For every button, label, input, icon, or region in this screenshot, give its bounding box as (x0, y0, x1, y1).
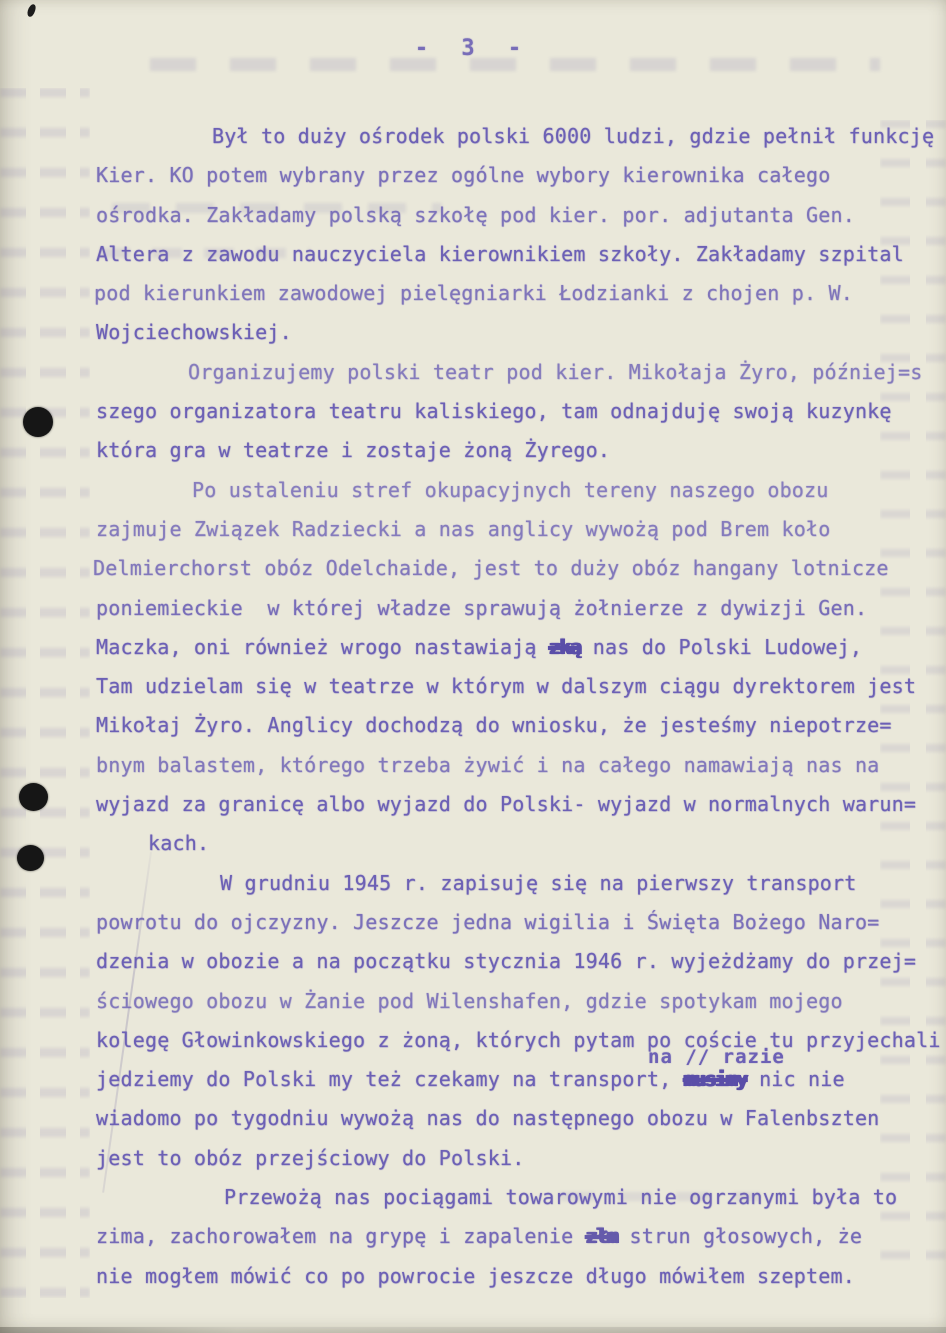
page-number: - 3 - (0, 36, 946, 61)
line-text: Altera z zawodu nauczyciela kierownikiem… (96, 242, 904, 266)
text-line: która gra w teatrze i zostaje żoną Żyreg… (96, 438, 938, 477)
text-line: bnym balastem, którego trzeba żywić i na… (96, 753, 938, 792)
interlinear-insertion: na // razie (648, 1046, 785, 1068)
line-text: szego organizatora teatru kaliskiego, ta… (96, 399, 892, 423)
text-line: W grudniu 1945 r. zapisuję się na pierws… (96, 871, 938, 910)
text-line: pod kierunkiem zawodowej pielęgniarki Ło… (94, 281, 938, 320)
line-text: Był to duży ośrodek polski 6000 ludzi, g… (212, 124, 934, 148)
line-text: Tam udzielam się w teatrze w którym w da… (96, 674, 916, 698)
text-line: ośrodka. Zakładamy polską szkołę pod kie… (96, 203, 938, 242)
text-line: poniemieckie w której władze sprawują żo… (96, 596, 938, 635)
text-line: powrotu do ojczyzny. Jeszcze jedna wigil… (96, 910, 938, 949)
line-text: Organizujemy polski teatr pod kier. Miko… (188, 360, 922, 384)
line-text: powrotu do ojczyzny. Jeszcze jedna wigil… (96, 910, 879, 934)
text-line: wiadomo po tygodniu wywożą nas do następ… (96, 1106, 938, 1145)
ink-speck (26, 3, 36, 17)
text-line: jedziemy do Polski my też czekamy na tra… (96, 1067, 938, 1106)
line-text: wiadomo po tygodniu wywożą nas do następ… (96, 1106, 879, 1130)
text-line: Maczka, oni również wrogo nastawiają zką… (96, 635, 938, 674)
line-text: kach. (148, 831, 209, 855)
struck-out-word: złm (586, 1224, 618, 1248)
text-line: nie mogłem mówić co po powrocie jeszcze … (96, 1264, 938, 1303)
line-text: nic nie (747, 1067, 845, 1091)
hole-punch-dot (23, 407, 53, 437)
line-text: Maczka, oni również wrogo nastawiają (96, 635, 549, 659)
scanned-document-page: - 3 - Był to duży ośrodek polski 6000 lu… (0, 0, 946, 1333)
line-text: pod kierunkiem zawodowej pielęgniarki Ło… (94, 281, 853, 305)
line-text: Wojciechowskiej. (96, 320, 292, 344)
text-line: Wojciechowskiej. (96, 320, 938, 359)
line-text: nas do Polski Ludowej, (581, 635, 863, 659)
line-text: Przewożą nas pociągami towarowymi nie og… (224, 1185, 897, 1209)
bleedthrough-left-margin (0, 88, 90, 1298)
text-line: Altera z zawodu nauczyciela kierownikiem… (96, 242, 938, 281)
line-text: Mikołaj Żyro. Anglicy dochodzą do wniosk… (96, 713, 892, 737)
struck-out-word: zką (549, 635, 581, 659)
line-text: jedziemy do Polski my też czekamy na tra… (96, 1067, 684, 1091)
text-line: Organizujemy polski teatr pod kier. Miko… (96, 360, 938, 399)
hole-punch-dot (17, 845, 44, 871)
text-line: Kier. KO potem wybrany przez ogólne wybo… (96, 163, 938, 202)
line-text: która gra w teatrze i zostaje żoną Żyreg… (96, 438, 610, 462)
text-line: zajmuje Związek Radziecki a nas anglicy … (96, 517, 938, 556)
line-text: poniemieckie w której władze sprawują żo… (96, 596, 867, 620)
line-text: strun głosowych, że (617, 1224, 862, 1248)
text-line: szego organizatora teatru kaliskiego, ta… (96, 399, 938, 438)
text-line: kach. (96, 831, 938, 870)
line-text: ośrodka. Zakładamy polską szkołę pod kie… (96, 203, 855, 227)
line-text: zajmuje Związek Radziecki a nas anglicy … (96, 517, 830, 541)
text-line: Po ustaleniu stref okupacyjnych tereny n… (96, 478, 938, 517)
line-text: W grudniu 1945 r. zapisuję się na pierws… (220, 871, 857, 895)
line-text: zima, zachorowałem na grypę i zapalenie (96, 1224, 586, 1248)
text-line: jest to obóz przejściowy do Polski. (96, 1146, 938, 1185)
line-text: kolegę Głowinkowskiego z żoną, których p… (96, 1028, 941, 1052)
line-text: nie mogłem mówić co po powrocie jeszcze … (96, 1264, 855, 1288)
text-line: wyjazd za granicę albo wyjazd do Polski-… (96, 792, 938, 831)
line-text: dzenia w obozie a na początku stycznia 1… (96, 949, 916, 973)
text-line: Delmierchorst obóz Odelchaide, jest to d… (93, 556, 938, 595)
text-line: Był to duży ośrodek polski 6000 ludzi, g… (96, 124, 938, 163)
text-line: dzenia w obozie a na początku stycznia 1… (96, 949, 938, 988)
line-text: bnym balastem, którego trzeba żywić i na… (96, 753, 879, 777)
line-text: Kier. KO potem wybrany przez ogólne wybo… (96, 163, 830, 187)
line-text: Delmierchorst obóz Odelchaide, jest to d… (93, 556, 889, 580)
text-line: zima, zachorowałem na grypę i zapalenie … (96, 1224, 938, 1263)
line-text: Po ustaleniu stref okupacyjnych tereny n… (192, 478, 829, 502)
struck-out-word: musimy (684, 1067, 747, 1091)
text-line: Mikołaj Żyro. Anglicy dochodzą do wniosk… (96, 713, 938, 752)
line-text: jest to obóz przejściowy do Polski. (96, 1146, 524, 1170)
line-text: wyjazd za granicę albo wyjazd do Polski-… (96, 792, 916, 816)
typewritten-text: Był to duży ośrodek polski 6000 ludzi, g… (96, 124, 938, 1303)
text-line: ściowego obozu w Żanie pod Wilenshafen, … (96, 989, 938, 1028)
line-text: ściowego obozu w Żanie pod Wilenshafen, … (96, 989, 843, 1013)
scan-edge (0, 1327, 946, 1333)
hole-punch-dot (19, 783, 48, 811)
text-line: Przewożą nas pociągami towarowymi nie og… (96, 1185, 938, 1224)
text-line: Tam udzielam się w teatrze w którym w da… (96, 674, 938, 713)
text-line: kolegę Głowinkowskiego z żoną, których p… (96, 1028, 938, 1067)
